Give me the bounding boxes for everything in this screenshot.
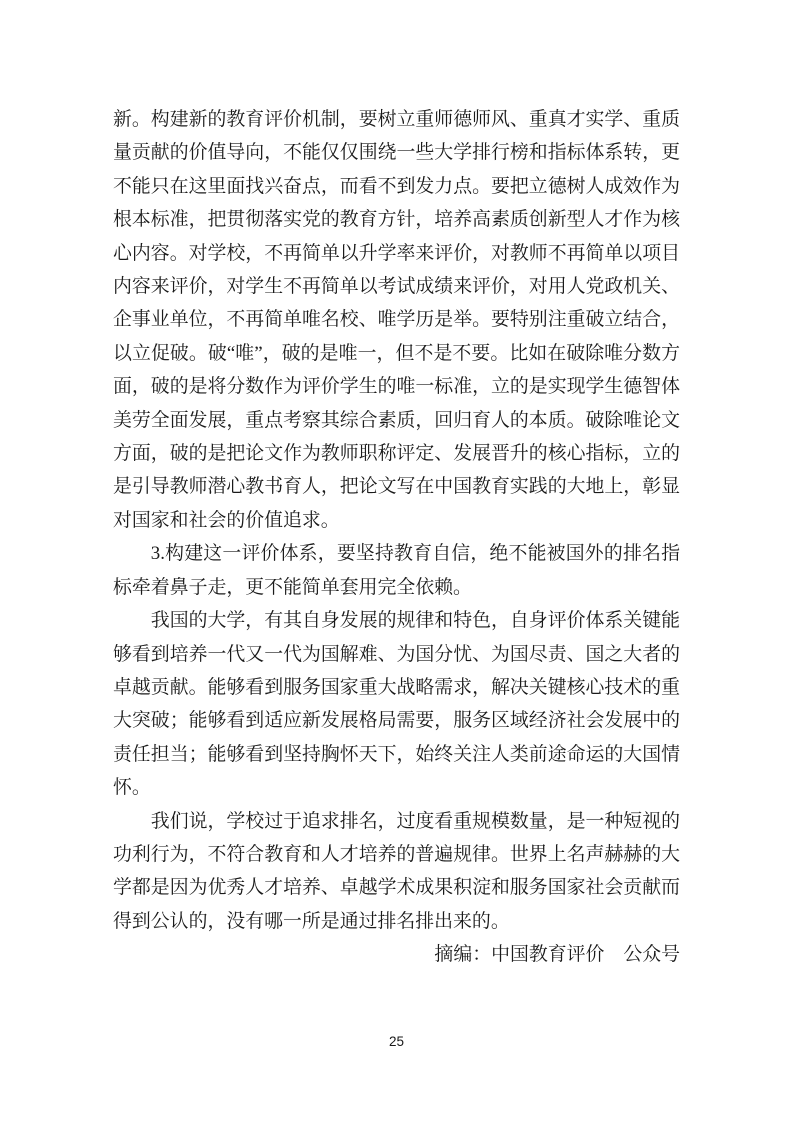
paragraph-numbered-point-3: 3.构建这一评价体系，要坚持教育自信，绝不能被国外的排名指标牵着鼻子走，更不能简… xyxy=(113,537,680,604)
document-page: 新。构建新的教育评价机制，要树立重师德师风、重真才实学、重质量贡献的价值导向，不… xyxy=(0,0,793,1122)
attribution-line: 摘编：中国教育评价 公众号 xyxy=(113,938,680,971)
paragraph-our-universities: 我国的大学，有其自身发展的规律和特色，自身评价体系关键能够看到培养一代又一代为国… xyxy=(113,604,680,804)
page-number-footer: 25 xyxy=(0,1034,793,1050)
paragraph-continuation: 新。构建新的教育评价机制，要树立重师德师风、重真才实学、重质量贡献的价值导向，不… xyxy=(113,103,680,537)
paragraph-we-say: 我们说，学校过于追求排名，过度看重规模数量，是一种短视的功利行为，不符合教育和人… xyxy=(113,805,680,939)
page-text-block: 新。构建新的教育评价机制，要树立重师德师风、重真才实学、重质量贡献的价值导向，不… xyxy=(113,103,680,972)
